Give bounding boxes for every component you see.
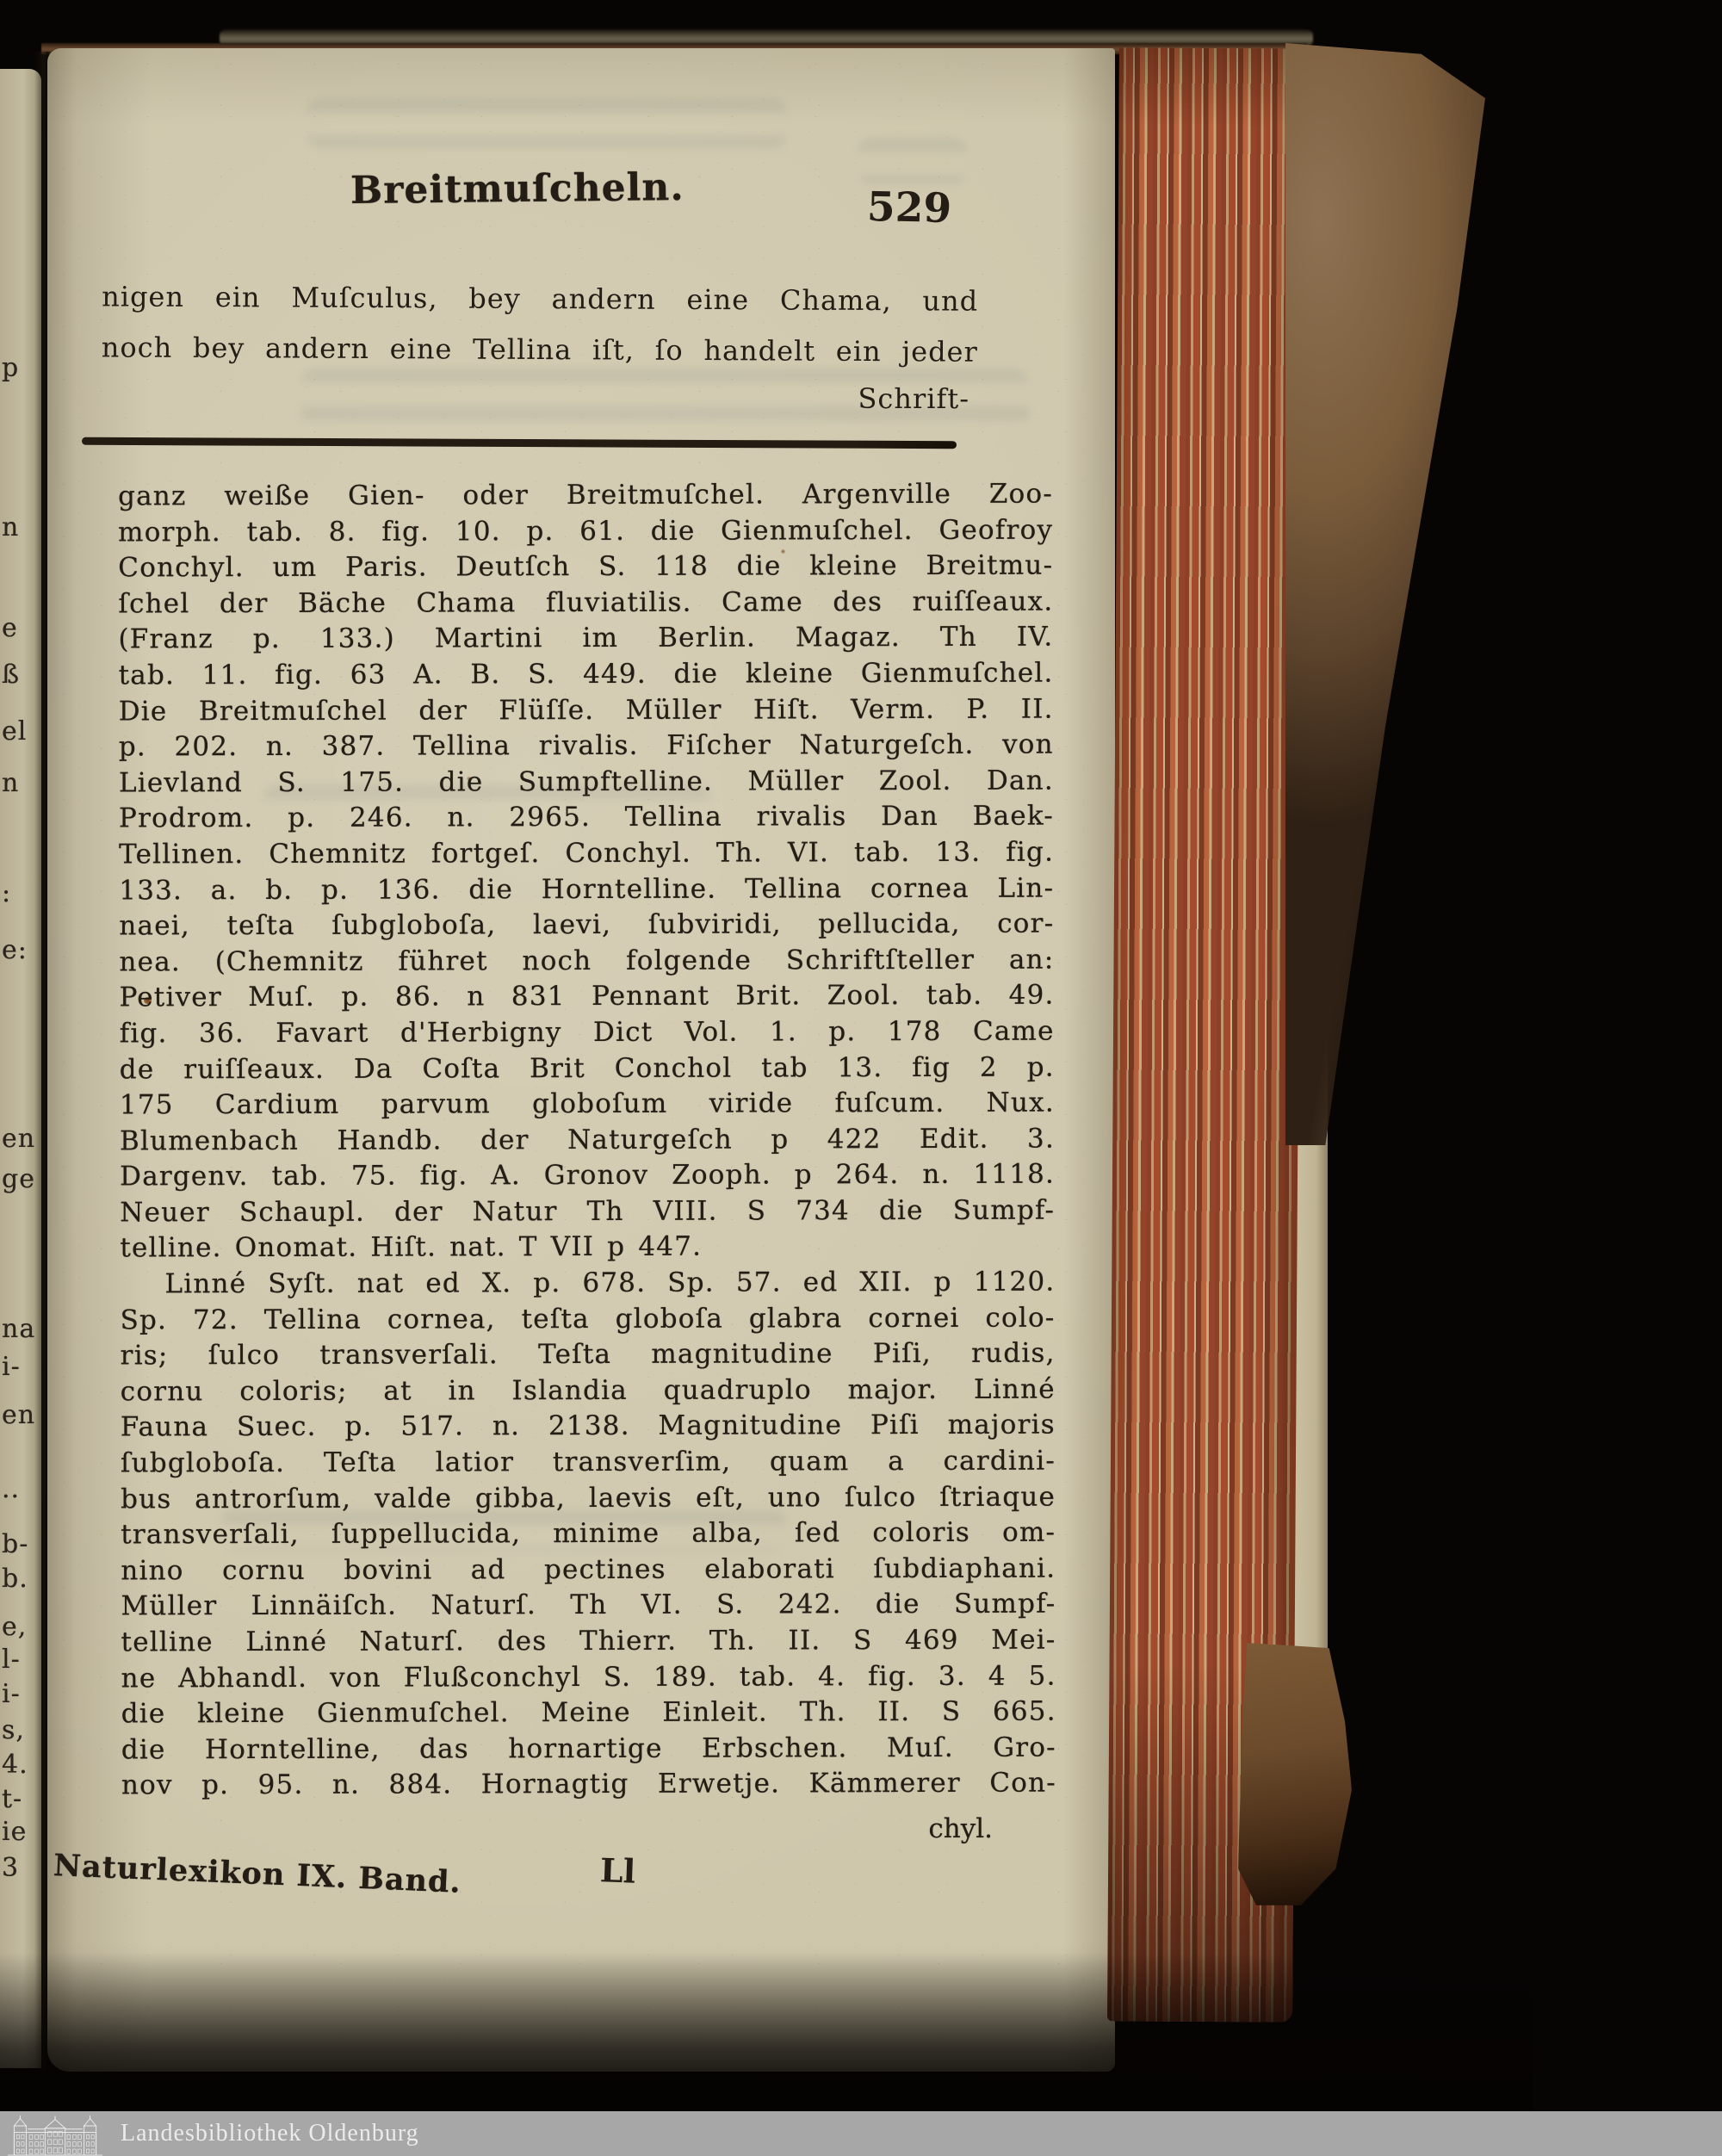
body-text: ganz weiße Gien- oder Breitmuſchel. Arge… [118, 477, 1056, 1805]
margin-text-fragment: i- [2, 1679, 21, 1709]
text-line: Linné Syſt. nat ed X. p. 678. Sp. 57. ed… [120, 1265, 1055, 1303]
text-line: de ruiſſeaux. Da Coſta Brit Conchol tab … [120, 1050, 1055, 1087]
library-watermark-bar: Landesbibliothek Oldenburg [0, 2111, 1722, 2156]
margin-text-fragment: 3 [2, 1853, 19, 1883]
margin-text-fragment: s, [2, 1715, 25, 1745]
margin-text-fragment: b. [2, 1564, 28, 1594]
text-line: tab. 11. fig. 63 A. B. S. 449. die klein… [119, 656, 1054, 694]
margin-text-fragment: i- [2, 1352, 21, 1382]
bottom-shadow [0, 1953, 1533, 2125]
ghost-bleedthrough [306, 98, 788, 148]
scanned-book-page: pneßeln:e:engenai-en..b-b.e,l-i-s,4.t-ie… [0, 0, 1722, 2156]
margin-text-fragment: ie [2, 1817, 27, 1847]
text-line: Die Breitmuſchel der Flüſſe. Müller Hiſt… [119, 691, 1054, 729]
margin-text-fragment: n [2, 512, 19, 542]
margin-text-fragment: en [2, 1400, 35, 1430]
text-line: p. 202. n. 387. Tellina rivalis. Fiſcher… [119, 728, 1054, 765]
text-line: ſubgloboſa. Teſta latior transverſim, qu… [121, 1444, 1056, 1482]
text-line: nea. (Chemnitz führet noch folgende Schr… [119, 942, 1054, 980]
margin-text-fragment: ß [2, 660, 20, 690]
text-line: Sp. 72. Tellina cornea, teſta globoſa gl… [120, 1300, 1055, 1338]
running-head-title: Breitmuſcheln. [350, 165, 684, 213]
text-line: die Horntelline, das hornartige Erbschen… [121, 1730, 1056, 1768]
margin-text-fragment: .. [2, 1474, 20, 1504]
text-line: ne Abhandl. von Flußconchyl S. 189. tab.… [121, 1658, 1056, 1696]
margin-text-fragment: e [2, 613, 18, 643]
margin-text-fragment: e: [2, 935, 28, 965]
library-name-label: Landesbibliothek Oldenburg [121, 2120, 419, 2147]
text-line: Tellinen. Chemnitz fortgeſ. Conchyl. Th.… [119, 835, 1054, 873]
text-line: Petiver Muſ. p. 86. n 831 Pennant Brit. … [120, 978, 1055, 1016]
text-line: Conchyl. um Paris. Deutſch S. 118 die kl… [118, 548, 1053, 586]
margin-text-fragment: ge [2, 1164, 35, 1194]
text-line: Lievland S. 175. die Sumpftelline. Mülle… [119, 763, 1054, 801]
text-line: Neuer Schaupl. der Natur Th VIII. S 734 … [120, 1193, 1055, 1230]
text-line: die kleine Gienmuſchel. Meine Einleit. T… [121, 1694, 1056, 1732]
intro-line: nigen ein Muſculus, bey andern eine Cham… [102, 271, 978, 326]
text-line: Prodrom. p. 246. n. 2965. Tellina rivali… [119, 799, 1054, 837]
text-line: nov p. 95. n. 884. Hornagtig Erwetje. Kä… [121, 1766, 1056, 1804]
text-line: Fauna Suec. p. 517. n. 2138. Magnitudine… [121, 1408, 1056, 1446]
book-page: Breitmuſcheln. 529 nigen ein Muſculus, b… [47, 48, 1115, 2072]
margin-text-fragment: e, [2, 1612, 27, 1642]
text-line: telline Linné Naturſ. des Thierr. Th. II… [121, 1623, 1056, 1661]
text-line: Müller Linnäiſch. Naturſ. Th VI. S. 242.… [121, 1587, 1056, 1625]
intro-catchword: Schrift- [102, 382, 969, 415]
margin-text-fragment: b- [2, 1529, 28, 1559]
margin-text-fragment: 4. [2, 1750, 28, 1780]
text-line: naei, teſta ſubgloboſa, laevi, ſubviridi… [119, 907, 1054, 945]
text-line: ſchel der Bäche Chama fluviatilis. Came … [118, 584, 1053, 622]
margin-text-fragment: na [2, 1314, 35, 1344]
text-line: ganz weiße Gien- oder Breitmuſchel. Arge… [118, 477, 1053, 515]
margin-text-fragment: : [2, 878, 11, 908]
text-line: cornu coloris; at in Islandia quadruplo … [121, 1372, 1056, 1409]
catchword: chyl. [120, 1813, 993, 1844]
text-line: morph. tab. 8. fig. 10. p. 61. die Gienm… [118, 512, 1053, 550]
text-line: bus antrorſum, valde gibba, laevis eſt, … [121, 1479, 1056, 1517]
margin-text-fragment: en [2, 1124, 35, 1154]
text-line: fig. 36. Favart d'Herbigny Dict Vol. 1. … [120, 1013, 1055, 1051]
library-building-icon [7, 2114, 110, 2156]
ghost-bleedthrough [857, 138, 969, 184]
sheet-mark: Ll [599, 1850, 636, 1890]
text-line: Dargenv. tab. 75. fig. A. Gronov Zooph. … [120, 1157, 1055, 1195]
margin-text-fragment: el [2, 716, 27, 747]
intro-line: noch bey andern eine Tellina iſt, ſo han… [102, 322, 978, 377]
text-line: transverſali, ſuppellucida, minime alba,… [121, 1515, 1056, 1553]
text-line: 133. a. b. p. 136. die Horntelline. Tell… [119, 870, 1054, 908]
text-line: ris; ſulco transverſali. Teſta magnitudi… [121, 1336, 1056, 1374]
margin-text-fragment: t- [2, 1784, 22, 1814]
page-number: 529 [866, 183, 951, 232]
margin-text-fragment: n [2, 768, 19, 798]
volume-signature: Naturlexikon IX. Band. [53, 1848, 461, 1900]
leather-cover-top [1285, 43, 1485, 1145]
text-line: (Franz p. 133.) Martini im Berlin. Magaz… [118, 620, 1053, 658]
leather-cover-bottom [1238, 1643, 1352, 1905]
margin-text-fragment: p [2, 353, 19, 383]
text-line: nino cornu bovini ad pectines elaborati … [121, 1551, 1056, 1589]
intro-paragraph: nigen ein Muſculus, bey andern eine Cham… [102, 271, 979, 377]
margin-text-fragment: l- [2, 1645, 21, 1675]
text-line: telline. Onomat. Hiſt. nat. T VII p 447. [120, 1229, 1055, 1267]
text-line: 175 Cardium parvum globoſum viride fuſcu… [120, 1086, 1055, 1124]
text-line: Blumenbach Handb. der Naturgeſch p 422 E… [120, 1121, 1055, 1159]
